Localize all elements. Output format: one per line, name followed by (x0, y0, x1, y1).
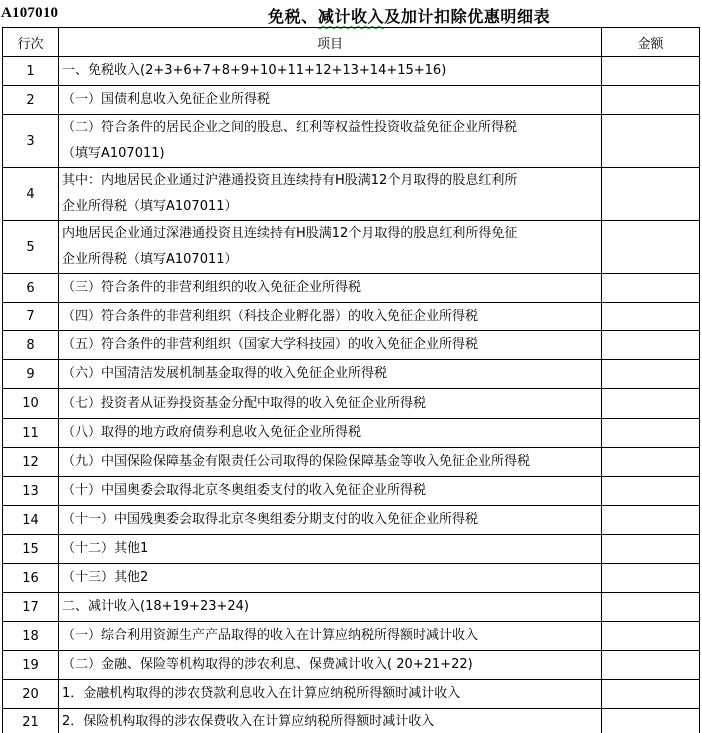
item-line: （八）取得的地方政府债券利息收入免征企业所得税 (62, 420, 601, 446)
row-number: 14 (3, 506, 59, 535)
row-number: 18 (3, 622, 59, 651)
row-number: 21 (3, 709, 59, 733)
row-item: 1．金融机构取得的涉农贷款利息收入在计算应纳税所得额时减计收入 (59, 680, 602, 709)
amount-cell[interactable] (602, 115, 700, 168)
item-line: （一）综合利用资源生产产品取得的收入在计算应纳税所得额时减计收入 (62, 623, 601, 649)
table-row: 4其中：内地居民企业通过沪港通投资且连续持有H股满12个月取得的股息红利所企业所… (3, 168, 700, 221)
item-line: 企业所得税（填写A107011） (62, 194, 601, 220)
amount-cell[interactable] (602, 419, 700, 448)
table-row: 10（七）投资者从证券投资基金分配中取得的收入免征企业所得税 (3, 389, 700, 419)
amount-cell[interactable] (602, 709, 700, 733)
item-line: （七）投资者从证券投资基金分配中取得的收入免征企业所得税 (62, 391, 601, 417)
row-number: 8 (3, 331, 59, 360)
table-row: 14（十一）中国残奥委会取得北京冬奥组委分期支付的收入免征企业所得税 (3, 506, 700, 535)
title-part-1: 免税、 (268, 7, 318, 26)
row-number: 5 (3, 221, 59, 274)
table-body: 1一、免税收入(2+3+6+7+8+9+10+11+12+13+14+15+16… (3, 57, 700, 733)
table-row: 19（二）金融、保险等机构取得的涉农利息、保费减计收入( 20+21+22) (3, 651, 700, 680)
row-number: 10 (3, 389, 59, 419)
row-item: 其中：内地居民企业通过沪港通投资且连续持有H股满12个月取得的股息红利所企业所得… (59, 168, 602, 221)
item-line: （四）符合条件的非营利组织（科技企业孵化器）的收入免征企业所得税 (62, 304, 601, 330)
row-item: （十二）其他1 (59, 535, 602, 564)
row-item: （六）中国清洁发展机制基金取得的收入免征企业所得税 (59, 360, 602, 389)
row-item: （二）符合条件的居民企业之间的股息、红利等权益性投资收益免征企业所得税（填写A1… (59, 115, 602, 168)
row-number: 3 (3, 115, 59, 168)
row-number: 17 (3, 593, 59, 622)
row-number: 11 (3, 419, 59, 448)
item-line: 二、减计收入(18+19+23+24) (62, 594, 601, 620)
table-row: 15（十二）其他1 (3, 535, 700, 564)
item-line: （填写A107011) (62, 141, 601, 167)
item-line: （十三）其他2 (62, 565, 601, 591)
detail-table: 行次 项目 金额 1一、免税收入(2+3+6+7+8+9+10+11+12+13… (2, 27, 700, 733)
item-line: （二）金融、保险等机构取得的涉农利息、保费减计收入( 20+21+22) (62, 652, 601, 678)
header-row-no: 行次 (3, 28, 59, 57)
item-line: 一、免税收入(2+3+6+7+8+9+10+11+12+13+14+15+16) (62, 58, 601, 84)
header-item: 项目 (59, 28, 602, 57)
row-number: 20 (3, 680, 59, 709)
amount-cell[interactable] (602, 303, 700, 331)
item-line: （六）中国清洁发展机制基金取得的收入免征企业所得税 (62, 361, 601, 387)
row-number: 1 (3, 57, 59, 86)
amount-cell[interactable] (602, 535, 700, 564)
table-row: 8（五）符合条件的非营利组织（国家大学科技园）的收入免征企业所得税 (3, 331, 700, 360)
amount-cell[interactable] (602, 57, 700, 86)
amount-cell[interactable] (602, 651, 700, 680)
amount-cell[interactable] (602, 622, 700, 651)
row-item: （十）中国奥委会取得北京冬奥组委支付的收入免征企业所得税 (59, 477, 602, 506)
amount-cell[interactable] (602, 360, 700, 389)
row-item: （八）取得的地方政府债券利息收入免征企业所得税 (59, 419, 602, 448)
table-row: 212．保险机构取得的涉农保费收入在计算应纳税所得额时减计收入 (3, 709, 700, 733)
item-line: 其中：内地居民企业通过沪港通投资且连续持有H股满12个月取得的股息红利所 (62, 168, 601, 194)
header-amount: 金额 (602, 28, 700, 57)
item-line: 企业所得税（填写A107011） (62, 247, 601, 273)
amount-cell[interactable] (602, 593, 700, 622)
row-item: 二、减计收入(18+19+23+24) (59, 593, 602, 622)
item-line: （十二）其他1 (62, 536, 601, 562)
row-number: 12 (3, 448, 59, 477)
item-line: （三）符合条件的非营利组织的收入免征企业所得税 (62, 275, 601, 301)
row-item: （十三）其他2 (59, 564, 602, 593)
amount-cell[interactable] (602, 506, 700, 535)
row-item: 一、免税收入(2+3+6+7+8+9+10+11+12+13+14+15+16) (59, 57, 602, 86)
row-item: （一）综合利用资源生产产品取得的收入在计算应纳税所得额时减计收入 (59, 622, 602, 651)
table-row: 3（二）符合条件的居民企业之间的股息、红利等权益性投资收益免征企业所得税（填写A… (3, 115, 700, 168)
row-number: 7 (3, 303, 59, 331)
item-line: （五）符合条件的非营利组织（国家大学科技园）的收入免征企业所得税 (62, 332, 601, 358)
amount-cell[interactable] (602, 680, 700, 709)
table-row: 6（三）符合条件的非营利组织的收入免征企业所得税 (3, 274, 700, 303)
row-number: 19 (3, 651, 59, 680)
amount-cell[interactable] (602, 331, 700, 360)
table-row: 1一、免税收入(2+3+6+7+8+9+10+11+12+13+14+15+16… (3, 57, 700, 86)
item-line: 内地居民企业通过深港通投资且连续持有H股满12个月取得的股息红利所得免征 (62, 221, 601, 247)
row-item: （一）国债利息收入免征企业所得税 (59, 86, 602, 115)
amount-cell[interactable] (602, 221, 700, 274)
row-item: （三）符合条件的非营利组织的收入免征企业所得税 (59, 274, 602, 303)
row-item: （十一）中国残奥委会取得北京冬奥组委分期支付的收入免征企业所得税 (59, 506, 602, 535)
item-line: （十）中国奥委会取得北京冬奥组委支付的收入免征企业所得税 (62, 478, 601, 504)
table-row: 7（四）符合条件的非营利组织（科技企业孵化器）的收入免征企业所得税 (3, 303, 700, 331)
row-number: 6 (3, 274, 59, 303)
item-line: 2．保险机构取得的涉农保费收入在计算应纳税所得额时减计收入 (62, 709, 601, 733)
item-line: （十一）中国残奥委会取得北京冬奥组委分期支付的收入免征企业所得税 (62, 507, 601, 533)
row-number: 16 (3, 564, 59, 593)
row-item: 内地居民企业通过深港通投资且连续持有H股满12个月取得的股息红利所得免征企业所得… (59, 221, 602, 274)
row-item: （二）金融、保险等机构取得的涉农利息、保费减计收入( 20+21+22) (59, 651, 602, 680)
row-item: 2．保险机构取得的涉农保费收入在计算应纳税所得额时减计收入 (59, 709, 602, 733)
table-row: 11（八）取得的地方政府债券利息收入免征企业所得税 (3, 419, 700, 448)
table-row: 2（一）国债利息收入免征企业所得税 (3, 86, 700, 115)
amount-cell[interactable] (602, 86, 700, 115)
row-number: 2 (3, 86, 59, 115)
table-row: 13（十）中国奥委会取得北京冬奥组委支付的收入免征企业所得税 (3, 477, 700, 506)
table-row: 17二、减计收入(18+19+23+24) (3, 593, 700, 622)
table-row: 201．金融机构取得的涉农贷款利息收入在计算应纳税所得额时减计收入 (3, 680, 700, 709)
title-part-2: 及加计扣除优惠明细表 (384, 7, 550, 26)
item-line: （九）中国保险保障基金有限责任公司取得的保险保障基金等收入免征企业所得税 (62, 449, 601, 475)
table-row: 9（六）中国清洁发展机制基金取得的收入免征企业所得税 (3, 360, 700, 389)
form-title: 免税、减计收入及加计扣除优惠明细表 (268, 4, 568, 27)
table-row: 5内地居民企业通过深港通投资且连续持有H股满12个月取得的股息红利所得免征企业所… (3, 221, 700, 274)
header-row: 行次 项目 金额 (3, 28, 700, 57)
table-row: 18（一）综合利用资源生产产品取得的收入在计算应纳税所得额时减计收入 (3, 622, 700, 651)
row-number: 15 (3, 535, 59, 564)
amount-cell[interactable] (602, 477, 700, 506)
row-number: 13 (3, 477, 59, 506)
row-item: （七）投资者从证券投资基金分配中取得的收入免征企业所得税 (59, 389, 602, 419)
title-part-spellcheck: 减计收入 (318, 7, 384, 26)
row-item: （九）中国保险保障基金有限责任公司取得的保险保障基金等收入免征企业所得税 (59, 448, 602, 477)
item-line: （一）国债利息收入免征企业所得税 (62, 87, 601, 113)
row-number: 4 (3, 168, 59, 221)
item-line: （二）符合条件的居民企业之间的股息、红利等权益性投资收益免征企业所得税 (62, 115, 601, 141)
row-item: （四）符合条件的非营利组织（科技企业孵化器）的收入免征企业所得税 (59, 303, 602, 331)
amount-cell[interactable] (602, 448, 700, 477)
amount-cell[interactable] (602, 389, 700, 419)
amount-cell[interactable] (602, 274, 700, 303)
row-item: （五）符合条件的非营利组织（国家大学科技园）的收入免征企业所得税 (59, 331, 602, 360)
row-number: 9 (3, 360, 59, 389)
form-code: A107010 (1, 5, 58, 22)
table-row: 12（九）中国保险保障基金有限责任公司取得的保险保障基金等收入免征企业所得税 (3, 448, 700, 477)
item-line: 1．金融机构取得的涉农贷款利息收入在计算应纳税所得额时减计收入 (62, 681, 601, 707)
amount-cell[interactable] (602, 168, 700, 221)
table-row: 16（十三）其他2 (3, 564, 700, 593)
amount-cell[interactable] (602, 564, 700, 593)
